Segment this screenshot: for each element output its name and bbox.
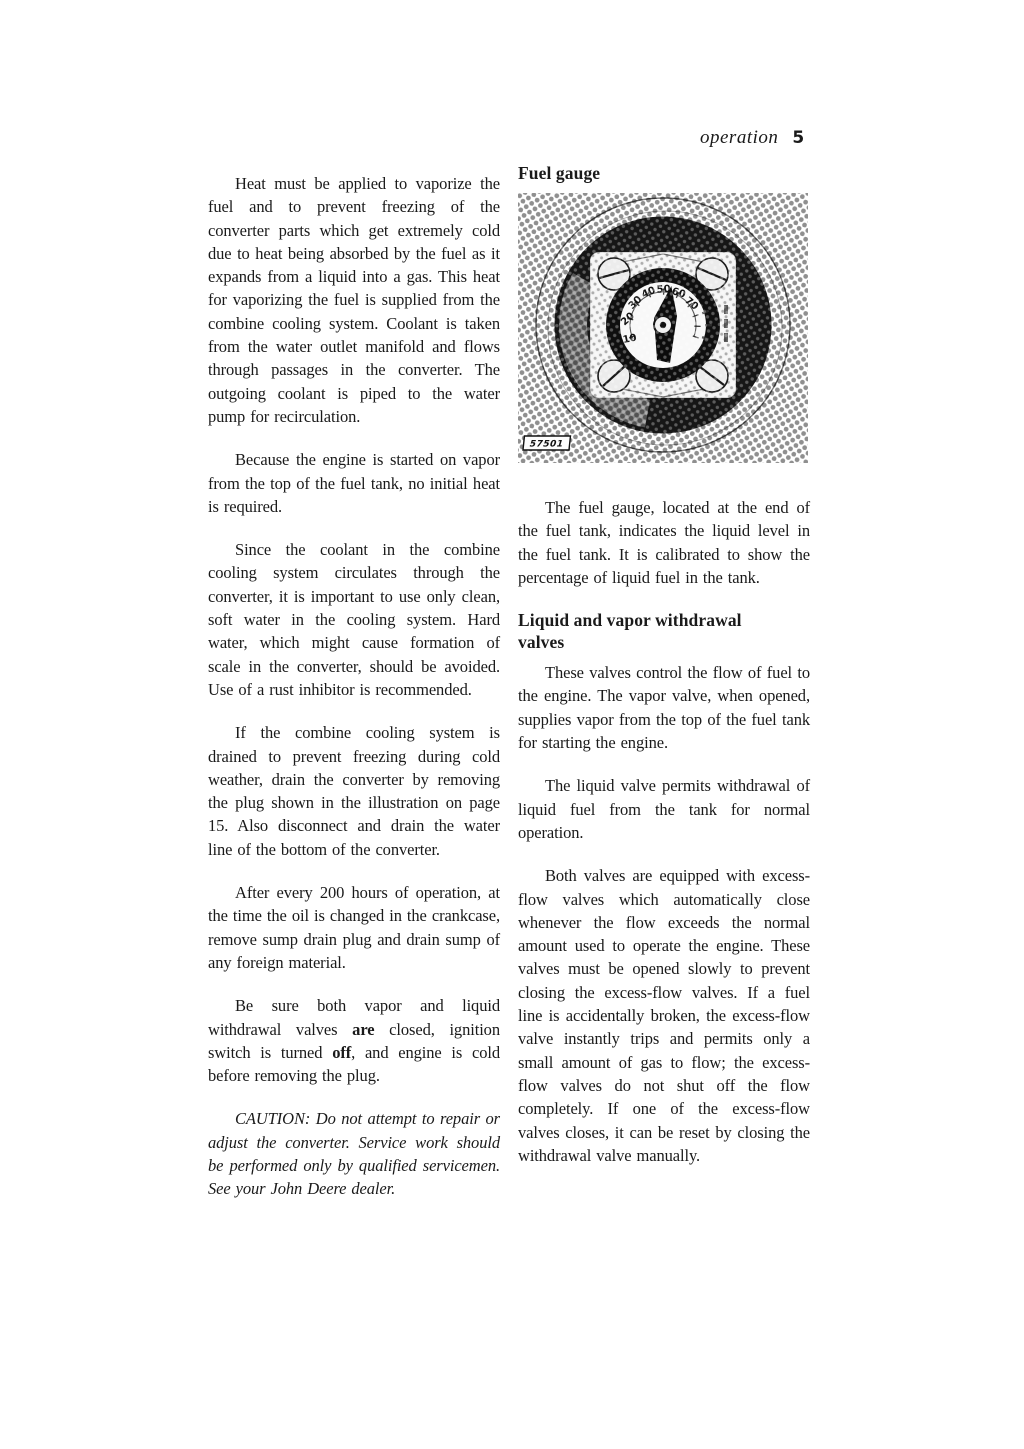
- heading-valves: Liquid and vapor withdrawal valves: [518, 609, 768, 653]
- paragraph-fuel-gauge: The fuel gauge, located at the end of th…: [518, 496, 810, 589]
- heading-fuel-gauge: Fuel gauge: [518, 162, 810, 184]
- valve-check-bold-are: are: [352, 1020, 374, 1039]
- paragraph-valve-check: Be sure both vapor and liquid withdrawal…: [208, 994, 500, 1087]
- paragraph-vapor-start: Because the engine is started on vapor f…: [208, 448, 500, 518]
- paragraph-heat: Heat must be applied to vaporize the fue…: [208, 172, 500, 428]
- paragraph-coolant: Since the coolant in the combine cooling…: [208, 538, 500, 701]
- fuel-gauge-illustration: 10 20 30 40 50 60 70 57501: [518, 193, 808, 463]
- page-header: operation 5: [700, 127, 820, 149]
- photo-id-label: 57501: [523, 436, 570, 450]
- photo-id-text: 57501: [529, 440, 564, 450]
- paragraph-liquid-valve: The liquid valve permits withdrawal of l…: [518, 774, 810, 844]
- paragraph-sump: After every 200 hours of operation, at t…: [208, 881, 500, 974]
- fuel-gauge-photo: 10 20 30 40 50 60 70 57501: [518, 193, 808, 463]
- running-title: operation: [700, 127, 778, 149]
- right-column: Fuel gauge: [518, 162, 810, 1187]
- paragraph-excess-flow: Both valves are equipped with excess-flo…: [518, 864, 810, 1167]
- halftone-screen-overlay: [518, 193, 808, 463]
- valve-check-bold-off: off: [332, 1043, 351, 1062]
- left-column: Heat must be applied to vaporize the fue…: [208, 172, 500, 1221]
- paragraph-drain: If the combine cooling system is drained…: [208, 721, 500, 861]
- paragraph-caution: CAUTION: Do not attempt to repair or adj…: [208, 1107, 500, 1200]
- page-number: 5: [792, 128, 804, 148]
- paragraph-valves-flow: These valves control the flow of fuel to…: [518, 661, 810, 754]
